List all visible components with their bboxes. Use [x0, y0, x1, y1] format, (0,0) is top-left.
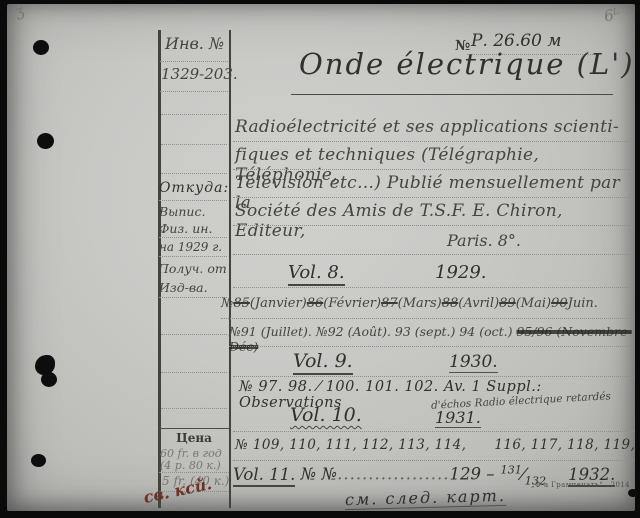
- dotted-rule: [161, 408, 227, 409]
- pencil-mark-top-right: 6ᴸ: [602, 5, 621, 26]
- dotted-rule: [159, 297, 227, 298]
- dotted-rule: [233, 141, 635, 142]
- origin-heading: Откуда:: [159, 180, 229, 196]
- price-line: (4 р. 80 к.): [160, 459, 221, 472]
- origin-line: Выпис.: [159, 204, 205, 219]
- punch-hole: [37, 133, 54, 149]
- dotted-rule: [233, 431, 635, 432]
- vol8-year: 1929.: [435, 262, 487, 283]
- dotted-rule: [159, 200, 227, 201]
- inventory-label: Инв. №: [165, 34, 224, 53]
- dotted-rule: [160, 91, 228, 92]
- origin-line: Получ. от: [158, 261, 227, 276]
- dotted-rule: [233, 197, 635, 198]
- vol9-year: 1930.: [449, 352, 498, 373]
- dotted-rule: [159, 472, 229, 473]
- issues-1929-months-line1: №85(Janvier)86(Février)87(Mars)88(Avril)…: [221, 296, 598, 311]
- card-title: Onde électrique (L'): [299, 47, 635, 81]
- dotted-rule: [233, 169, 635, 170]
- pencil-mark-top-left: ʒ: [12, 1, 26, 21]
- punch-hole: [31, 454, 46, 467]
- issues-1931-line: № 109, 110, 111, 112, 113, 114, 116, 117…: [235, 437, 640, 453]
- punch-hole: [41, 372, 57, 387]
- vol9-label: Vol. 9.: [293, 350, 353, 375]
- origin-line: Изд-ва.: [159, 280, 208, 295]
- price-label: Цена: [158, 431, 230, 445]
- vol8-label: Vol. 8.: [288, 262, 345, 286]
- dotted-rule: [161, 372, 227, 373]
- catalog-card: ʒ 6ᴸ Инв. № 1329-203. Откуда: Выпис. Физ…: [7, 4, 635, 511]
- vol10-label: Vol. 10.: [290, 404, 362, 426]
- vol11-leader-dots: ..................: [337, 465, 449, 484]
- printer-mark: „Ф-а Грампечать“—2014: [531, 481, 630, 489]
- description-line-1: Radioélectricité et ses applications sci…: [235, 117, 619, 137]
- dotted-rule: [233, 376, 635, 377]
- dotted-rule: [161, 334, 227, 335]
- issues-1929-months-line2: №91 (Juillet). №92 (Août). 93 (sept.) 94…: [229, 324, 635, 354]
- dotted-rule: [233, 460, 635, 461]
- punch-hole: [628, 489, 638, 497]
- price-box-top-line: [158, 428, 230, 429]
- vol10-year: 1931.: [435, 408, 481, 428]
- vol11-label: Vol. 11.: [233, 465, 295, 487]
- dotted-rule: [161, 144, 227, 145]
- origin-line: Физ. ин.: [159, 221, 212, 236]
- dotted-rule: [159, 256, 227, 257]
- dotted-rule: [229, 346, 635, 347]
- title-underline: [291, 94, 613, 95]
- see-next-card-note: см. след. карт.: [345, 486, 506, 510]
- dotted-rule: [161, 173, 227, 174]
- vol11-nn: № №: [301, 465, 337, 484]
- dotted-rule: [233, 225, 635, 226]
- dotted-rule: [233, 254, 635, 255]
- punch-hole: [33, 40, 49, 55]
- dotted-rule: [160, 61, 228, 62]
- dotted-rule: [159, 237, 227, 238]
- dotted-rule: [161, 114, 227, 115]
- origin-line: на 1929 г.: [159, 240, 222, 254]
- description-line-5: Paris. 8°.: [447, 231, 521, 250]
- dotted-rule: [233, 287, 635, 288]
- dotted-rule: [221, 318, 635, 319]
- description-line-4: Société des Amis de T.S.F. E. Chiron, Ed…: [235, 201, 635, 241]
- vol11-range: 129 –: [450, 465, 495, 484]
- inventory-number: 1329-203.: [161, 65, 238, 83]
